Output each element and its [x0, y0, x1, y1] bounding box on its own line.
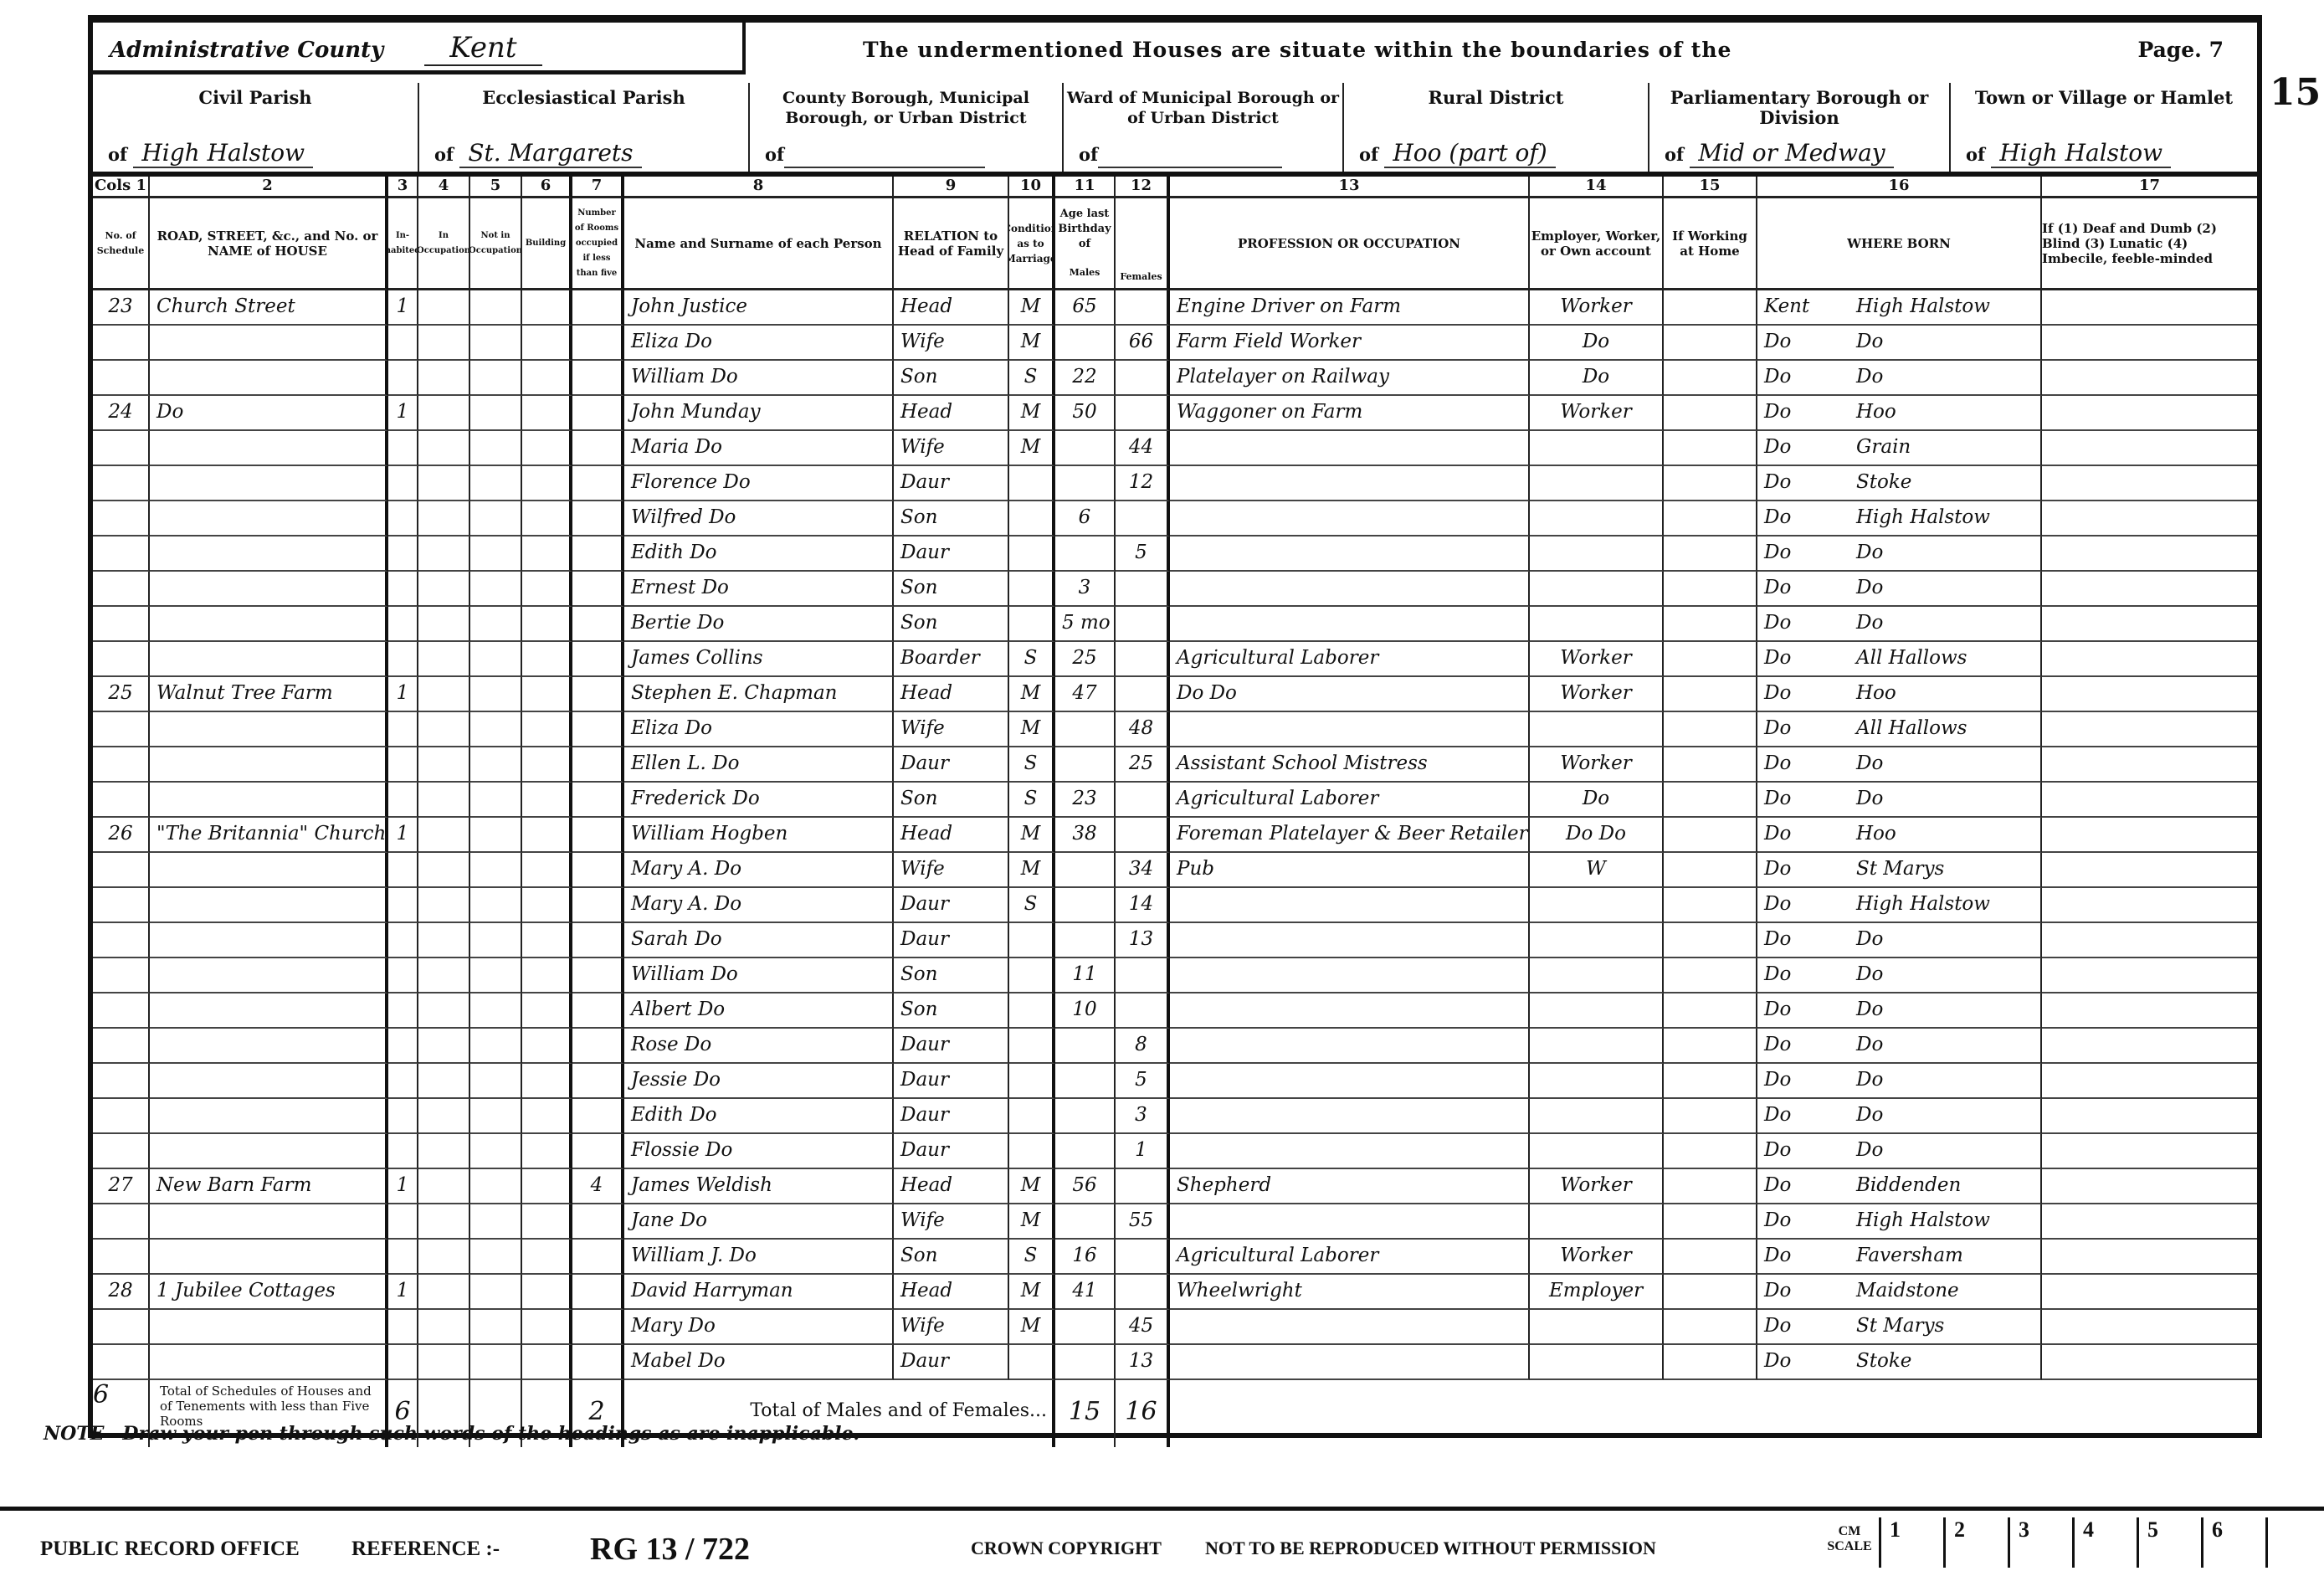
cell-empty: [470, 501, 522, 537]
cell-relation: Head: [894, 1169, 1009, 1204]
header-condition: Condition as to Marriage: [1009, 198, 1055, 290]
cell-male-age: 3: [1055, 572, 1116, 607]
col-number: 16: [1757, 177, 2042, 198]
cell-empty: [522, 747, 572, 783]
cell-empty: [522, 501, 572, 537]
cell-female-age: 45: [1116, 1310, 1170, 1345]
cell-male-age: [1055, 326, 1116, 361]
cell-male-age: [1055, 747, 1116, 783]
cell-male-age: [1055, 1204, 1116, 1240]
cell-empty: [470, 466, 522, 501]
cell-empty: [522, 958, 572, 993]
cell-relation: Wife: [894, 326, 1009, 361]
cell-born-county: Do: [1757, 1169, 1849, 1204]
col-number: 3: [388, 177, 418, 198]
cell-male-age: [1055, 1029, 1116, 1064]
header-occupation: PROFESSION OR OCCUPATION: [1170, 198, 1530, 290]
cell-born-county: Do: [1757, 501, 1849, 537]
cell-born-place: High Halstow: [1849, 290, 2042, 326]
area-label: Civil Parish: [93, 88, 418, 108]
cell-rooms: [572, 290, 624, 326]
cell-employer: [1530, 888, 1664, 923]
cell-condition: [1009, 537, 1055, 572]
cell-occupation: [1170, 1064, 1530, 1099]
cell-empty: [1664, 572, 1757, 607]
cell-born-place: St Marys: [1849, 853, 2042, 888]
cell-address: [150, 607, 388, 642]
cell-employer: [1530, 712, 1664, 747]
header-name: Name and Surname of each Person: [624, 198, 894, 290]
cell-address: [150, 1345, 388, 1380]
cell-occupation: [1170, 607, 1530, 642]
cell-born-county: Do: [1757, 572, 1849, 607]
cell-empty: [1664, 396, 1757, 431]
cell-empty: [470, 572, 522, 607]
cell-male-age: [1055, 466, 1116, 501]
cell-occupation: [1170, 923, 1530, 958]
cell-employer: Do Do: [1530, 818, 1664, 853]
cell-schedule: [93, 783, 150, 818]
header-not-in-occupation: Not in Occupation: [470, 198, 522, 290]
cell-empty: [522, 1169, 572, 1204]
cell-empty: [522, 466, 572, 501]
cell-female-age: [1116, 501, 1170, 537]
admin-county-value: Kent: [424, 31, 541, 66]
cell-born-county: Do: [1757, 783, 1849, 818]
cell-inhabited: [388, 1029, 418, 1064]
cell-empty: [1664, 326, 1757, 361]
cell-occupation: [1170, 1134, 1530, 1169]
cell-inhabited: [388, 1240, 418, 1275]
cell-empty: [522, 853, 572, 888]
cell-inhabited: [388, 923, 418, 958]
cell-empty: [418, 1099, 470, 1134]
table-row: Flossie DoDaur1DoDo: [93, 1134, 2257, 1169]
cell-empty: [418, 853, 470, 888]
cell-empty: [470, 888, 522, 923]
cell-empty: [2042, 361, 2257, 396]
cell-empty: [2042, 642, 2257, 677]
cell-condition: S: [1009, 888, 1055, 923]
cell-born-county: Do: [1757, 712, 1849, 747]
cell-empty: [470, 361, 522, 396]
instruction-note: NOTE—Draw your pen through such words of…: [44, 1423, 859, 1445]
cell-address: New Barn Farm: [150, 1169, 388, 1204]
table-row: 281 Jubilee Cottages1David HarrymanHeadM…: [93, 1275, 2257, 1310]
cell-inhabited: [388, 853, 418, 888]
cell-born-place: Biddenden: [1849, 1169, 2042, 1204]
cell-empty: [2042, 431, 2257, 466]
cell-empty: [2042, 1204, 2257, 1240]
cell-condition: [1009, 607, 1055, 642]
cell-empty: [2042, 747, 2257, 783]
col-number: 2: [150, 177, 388, 198]
cell-employer: Worker: [1530, 290, 1664, 326]
header-age: Age last Birthday of: [1055, 207, 1114, 252]
cell-born-county: Do: [1757, 1345, 1849, 1380]
cell-male-age: 23: [1055, 783, 1116, 818]
cell-female-age: 66: [1116, 326, 1170, 361]
area-value: [784, 139, 985, 168]
cell-address: [150, 1310, 388, 1345]
cell-born-county: Do: [1757, 677, 1849, 712]
cell-name: John Munday: [624, 396, 894, 431]
cell-empty: [470, 783, 522, 818]
cell-inhabited: [388, 888, 418, 923]
footer-copyright: CROWN COPYRIGHT: [971, 1538, 1162, 1559]
cell-occupation: Platelayer on Railway: [1170, 361, 1530, 396]
cell-employer: [1530, 958, 1664, 993]
cell-empty: [2042, 537, 2257, 572]
cell-relation: Son: [894, 607, 1009, 642]
cell-name: Ernest Do: [624, 572, 894, 607]
cell-employer: Worker: [1530, 396, 1664, 431]
cell-address: [150, 853, 388, 888]
cell-female-age: 14: [1116, 888, 1170, 923]
cell-born-county: Do: [1757, 1204, 1849, 1240]
cell-condition: [1009, 466, 1055, 501]
boundaries-heading: The undermentioned Houses are situate wi…: [863, 38, 1731, 62]
cell-empty: [1664, 677, 1757, 712]
table-row: Jessie DoDaur5DoDo: [93, 1064, 2257, 1099]
cell-relation: Wife: [894, 1310, 1009, 1345]
scale-mark: 6: [2201, 1517, 2265, 1568]
table-row: 24Do1John MundayHeadM50Waggoner on FarmW…: [93, 396, 2257, 431]
cell-empty: [522, 572, 572, 607]
cell-empty: [470, 712, 522, 747]
cell-rooms: [572, 1204, 624, 1240]
cell-schedule: [93, 431, 150, 466]
cell-employer: [1530, 501, 1664, 537]
of-label: of: [765, 144, 784, 165]
footer-reference-label: REFERENCE :-: [351, 1538, 500, 1561]
cell-empty: [1664, 1099, 1757, 1134]
cell-inhabited: [388, 993, 418, 1029]
cell-female-age: 1: [1116, 1134, 1170, 1169]
cell-born-place: Do: [1849, 1029, 2042, 1064]
scale-mark: 5: [2137, 1517, 2201, 1568]
cell-address: [150, 431, 388, 466]
cell-female-age: 34: [1116, 853, 1170, 888]
area-ward: Ward of Municipal Borough or of Urban Di…: [1064, 83, 1344, 172]
col-number: 10: [1009, 177, 1055, 198]
cell-name: Edith Do: [624, 1099, 894, 1134]
cell-empty: [2042, 1099, 2257, 1134]
cell-condition: [1009, 1029, 1055, 1064]
cell-inhabited: [388, 607, 418, 642]
cell-empty: [470, 818, 522, 853]
cell-relation: Son: [894, 361, 1009, 396]
cell-schedule: [93, 501, 150, 537]
cell-rooms: [572, 396, 624, 431]
cell-empty: [1664, 361, 1757, 396]
cell-empty: [1664, 1240, 1757, 1275]
cell-relation: Daur: [894, 1134, 1009, 1169]
cell-rooms: [572, 326, 624, 361]
cell-address: Church Street: [150, 290, 388, 326]
cell-relation: Daur: [894, 888, 1009, 923]
cell-address: [150, 712, 388, 747]
cell-empty: [418, 1169, 470, 1204]
cell-name: Mary A. Do: [624, 853, 894, 888]
cell-empty: [2042, 501, 2257, 537]
cell-male-age: 50: [1055, 396, 1116, 431]
cell-employer: Worker: [1530, 1240, 1664, 1275]
cell-rooms: [572, 1099, 624, 1134]
cell-condition: S: [1009, 361, 1055, 396]
cell-condition: S: [1009, 1240, 1055, 1275]
cell-address: [150, 466, 388, 501]
cell-inhabited: [388, 1345, 418, 1380]
cell-empty: [1664, 466, 1757, 501]
cell-schedule: [93, 1310, 150, 1345]
area-ecclesiastical-parish: Ecclesiastical Parish of St. Margarets: [419, 83, 750, 172]
cell-empty: [2042, 1064, 2257, 1099]
cell-empty: [470, 290, 522, 326]
cell-address: [150, 1240, 388, 1275]
cell-female-age: 5: [1116, 537, 1170, 572]
col-number: 9: [894, 177, 1009, 198]
cell-born-county: Do: [1757, 1275, 1849, 1310]
cell-name: Maria Do: [624, 431, 894, 466]
cell-born-county: Do: [1757, 607, 1849, 642]
cell-occupation: [1170, 1204, 1530, 1240]
header-working-home: If Working at Home: [1664, 198, 1757, 290]
cell-relation: Daur: [894, 1099, 1009, 1134]
table-row: Frederick DoSonS23Agricultural LaborerDo…: [93, 783, 2257, 818]
col-number: 14: [1530, 177, 1664, 198]
cell-occupation: [1170, 1310, 1530, 1345]
of-label: of: [434, 144, 454, 165]
cell-address: [150, 642, 388, 677]
area-value: High Halstow: [1991, 139, 2171, 168]
cell-female-age: 3: [1116, 1099, 1170, 1134]
cell-schedule: 28: [93, 1275, 150, 1310]
header-inhabited: In-habited: [388, 198, 418, 290]
cell-empty: [470, 993, 522, 1029]
cell-empty: [1664, 501, 1757, 537]
cell-female-age: 48: [1116, 712, 1170, 747]
cell-relation: Daur: [894, 1345, 1009, 1380]
census-sheet: Administrative County Kent The underment…: [88, 15, 2262, 1438]
table-row: Jane DoWifeM55DoHigh Halstow: [93, 1204, 2257, 1240]
cell-empty: [470, 1345, 522, 1380]
cell-name: Bertie Do: [624, 607, 894, 642]
cell-born-county: Do: [1757, 431, 1849, 466]
cell-occupation: Assistant School Mistress: [1170, 747, 1530, 783]
cell-female-age: [1116, 677, 1170, 712]
cell-female-age: 13: [1116, 1345, 1170, 1380]
col-number: 11: [1055, 177, 1116, 198]
cell-schedule: 25: [93, 677, 150, 712]
cell-empty: [418, 572, 470, 607]
cell-name: Eliza Do: [624, 326, 894, 361]
cell-name: Wilfred Do: [624, 501, 894, 537]
cell-condition: M: [1009, 1204, 1055, 1240]
cell-empty: [2042, 1029, 2257, 1064]
cell-inhabited: [388, 501, 418, 537]
col-number: 12: [1116, 177, 1170, 198]
cell-address: [150, 747, 388, 783]
cell-empty: [1664, 642, 1757, 677]
cell-employer: [1530, 1099, 1664, 1134]
header-employer: Employer, Worker, or Own account: [1530, 198, 1664, 290]
cell-empty: [1664, 818, 1757, 853]
cell-female-age: [1116, 1275, 1170, 1310]
area-value: [1098, 139, 1282, 168]
cell-occupation: Agricultural Laborer: [1170, 642, 1530, 677]
scale-mark: 4: [2072, 1517, 2137, 1568]
cell-condition: S: [1009, 783, 1055, 818]
cell-name: Rose Do: [624, 1029, 894, 1064]
cell-empty: [1664, 607, 1757, 642]
cell-empty: [522, 1345, 572, 1380]
cell-born-county: Do: [1757, 1240, 1849, 1275]
column-numbers: Cols 1 2 3 4 5 6 7 8 9 10 11 12 13 14 15…: [93, 177, 2257, 198]
cell-empty: [1664, 923, 1757, 958]
table-row: Albert DoSon10DoDo: [93, 993, 2257, 1029]
cell-female-age: [1116, 818, 1170, 853]
area-label: Town or Village or Hamlet: [1951, 88, 2257, 108]
cell-address: [150, 537, 388, 572]
cell-relation: Wife: [894, 431, 1009, 466]
cell-empty: [418, 396, 470, 431]
cell-empty: [522, 642, 572, 677]
cell-occupation: Pub: [1170, 853, 1530, 888]
cell-employer: [1530, 572, 1664, 607]
table-row: Mary DoWifeM45DoSt Marys: [93, 1310, 2257, 1345]
cell-condition: M: [1009, 290, 1055, 326]
cell-occupation: [1170, 958, 1530, 993]
cell-male-age: 38: [1055, 818, 1116, 853]
cell-born-place: Do: [1849, 572, 2042, 607]
cell-name: Mary A. Do: [624, 888, 894, 923]
cell-born-place: All Hallows: [1849, 712, 2042, 747]
cell-employer: [1530, 1345, 1664, 1380]
table-row: 25Walnut Tree Farm1Stephen E. ChapmanHea…: [93, 677, 2257, 712]
cell-female-age: [1116, 783, 1170, 818]
cell-address: [150, 923, 388, 958]
of-label: of: [1665, 144, 1684, 165]
cell-schedule: [93, 712, 150, 747]
cell-employer: Worker: [1530, 747, 1664, 783]
cell-empty: [522, 1240, 572, 1275]
cell-born-county: Do: [1757, 396, 1849, 431]
cell-name: Sarah Do: [624, 923, 894, 958]
cell-empty: [2042, 818, 2257, 853]
cell-rooms: [572, 1275, 624, 1310]
cell-empty: [1664, 1275, 1757, 1310]
cell-schedule: [93, 1240, 150, 1275]
cell-born-place: Do: [1849, 1064, 2042, 1099]
cell-male-age: 47: [1055, 677, 1116, 712]
area-town-village: Town or Village or Hamlet of High Halsto…: [1951, 83, 2257, 172]
cell-inhabited: [388, 958, 418, 993]
cell-born-place: Grain: [1849, 431, 2042, 466]
cell-schedule: 26: [93, 818, 150, 853]
cell-empty: [470, 1134, 522, 1169]
cell-empty: [2042, 712, 2257, 747]
area-boundaries: Civil Parish of High Halstow Ecclesiasti…: [93, 83, 2257, 177]
cell-born-place: All Hallows: [1849, 642, 2042, 677]
cell-rooms: [572, 537, 624, 572]
cell-occupation: [1170, 537, 1530, 572]
cell-male-age: 16: [1055, 1240, 1116, 1275]
table-row: Maria DoWifeM44DoGrain: [93, 431, 2257, 466]
cell-condition: [1009, 1345, 1055, 1380]
cell-relation: Daur: [894, 537, 1009, 572]
cell-empty: [470, 958, 522, 993]
page-label: Page: [2137, 38, 2194, 62]
cell-male-age: [1055, 537, 1116, 572]
cell-empty: [470, 537, 522, 572]
header-rooms: Number of Rooms occupied if less than fi…: [572, 198, 624, 290]
cell-condition: [1009, 923, 1055, 958]
cell-rooms: [572, 361, 624, 396]
header-building: Building: [522, 198, 572, 290]
cell-schedule: [93, 958, 150, 993]
cell-condition: [1009, 1134, 1055, 1169]
area-parliamentary-borough: Parliamentary Borough or Division of Mid…: [1649, 83, 1951, 172]
cell-empty: [522, 361, 572, 396]
cell-relation: Daur: [894, 1029, 1009, 1064]
cell-condition: [1009, 958, 1055, 993]
cell-inhabited: 1: [388, 1275, 418, 1310]
cell-empty: [522, 607, 572, 642]
table-row: Mary A. DoDaurS14DoHigh Halstow: [93, 888, 2257, 923]
cell-empty: [470, 326, 522, 361]
cell-inhabited: [388, 326, 418, 361]
area-label: Ward of Municipal Borough or of Urban Di…: [1064, 88, 1342, 128]
cell-condition: [1009, 1064, 1055, 1099]
cell-condition: M: [1009, 818, 1055, 853]
cell-empty: [2042, 1134, 2257, 1169]
cell-name: William Hogben: [624, 818, 894, 853]
cell-born-place: Hoo: [1849, 818, 2042, 853]
cell-occupation: Agricultural Laborer: [1170, 1240, 1530, 1275]
header-age-males: Age last Birthday ofMales: [1055, 198, 1116, 290]
cell-schedule: 23: [93, 290, 150, 326]
cell-address: [150, 572, 388, 607]
cell-inhabited: [388, 361, 418, 396]
cell-male-age: 22: [1055, 361, 1116, 396]
cell-empty: [2042, 783, 2257, 818]
cell-empty: [522, 1099, 572, 1134]
cell-empty: [522, 1029, 572, 1064]
cell-name: Mary Do: [624, 1310, 894, 1345]
table-row: James CollinsBoarderS25Agricultural Labo…: [93, 642, 2257, 677]
cell-inhabited: [388, 747, 418, 783]
col-number: 17: [2042, 177, 2257, 198]
cell-rooms: [572, 712, 624, 747]
header-in-occupation: In Occupation: [418, 198, 470, 290]
table-body: 23Church Street1John JusticeHeadM65Engin…: [93, 290, 2257, 1380]
footer-office: PUBLIC RECORD OFFICE: [40, 1538, 300, 1561]
cell-address: [150, 1134, 388, 1169]
cell-born-county: Do: [1757, 537, 1849, 572]
cell-empty: [522, 1204, 572, 1240]
cell-employer: Do: [1530, 783, 1664, 818]
cell-empty: [418, 818, 470, 853]
cell-schedule: [93, 642, 150, 677]
cell-male-age: 5 mo: [1055, 607, 1116, 642]
cell-rooms: [572, 958, 624, 993]
header-schedule: No. of Schedule: [93, 198, 150, 290]
cell-schedule: [93, 466, 150, 501]
cell-empty: [2042, 1169, 2257, 1204]
cell-born-place: High Halstow: [1849, 501, 2042, 537]
cell-name: Frederick Do: [624, 783, 894, 818]
